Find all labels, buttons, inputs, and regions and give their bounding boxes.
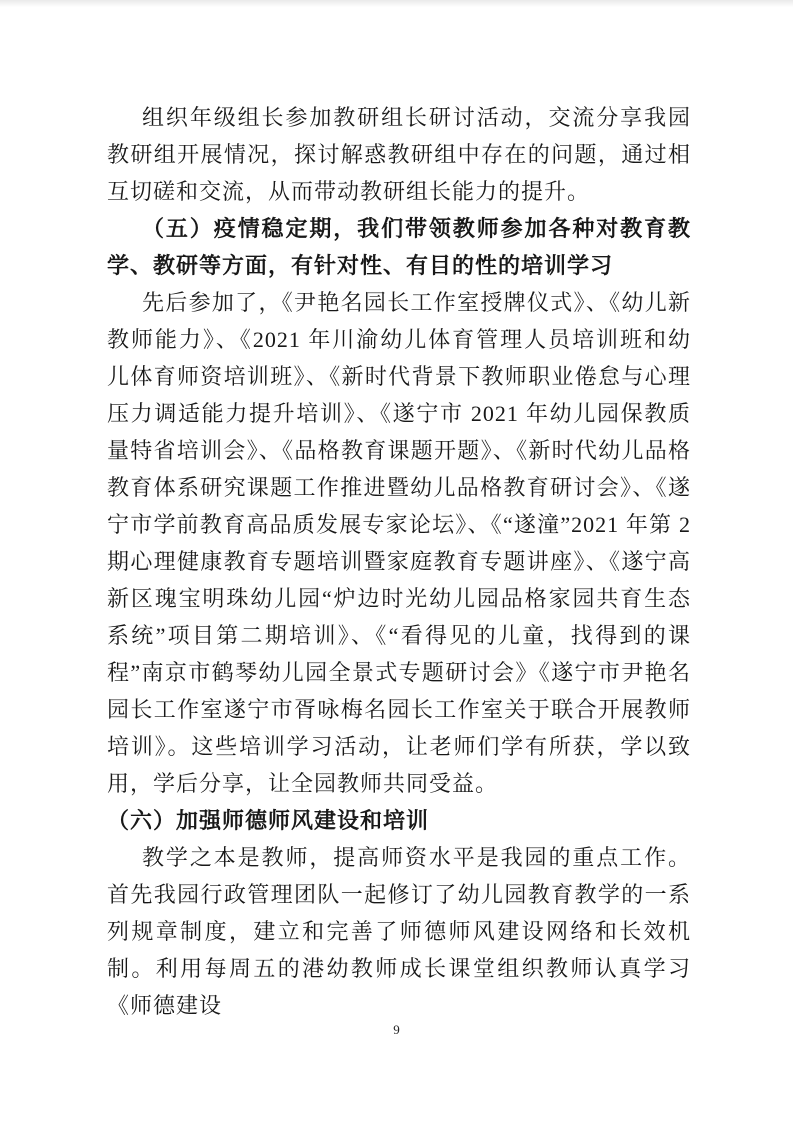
page-number: 9	[0, 1021, 793, 1039]
document-page: 组织年级组长参加教研组长研讨活动，交流分享我园教研组开展情况，探讨解惑教研组中存…	[0, 0, 793, 1122]
paragraph-continuation: 组织年级组长参加教研组长研讨活动，交流分享我园教研组开展情况，探讨解惑教研组中存…	[107, 99, 691, 210]
section-heading-6: （六）加强师德师风建设和培训	[107, 802, 691, 839]
section-heading-5: （五）疫情稳定期，我们带领教师参加各种对教育教学、教研等方面，有针对性、有目的性…	[107, 210, 691, 284]
paragraph-trainings: 先后参加了，《尹艳名园长工作室授牌仪式》、《幼儿新教师能力》、《2021 年川渝…	[107, 284, 691, 802]
page-content: 组织年级组长参加教研组长研讨活动，交流分享我园教研组开展情况，探讨解惑教研组中存…	[107, 99, 691, 1024]
paragraph-teacher-ethics: 教学之本是教师，提高师资水平是我园的重点工作。首先我园行政管理团队一起修订了幼儿…	[107, 839, 691, 1024]
